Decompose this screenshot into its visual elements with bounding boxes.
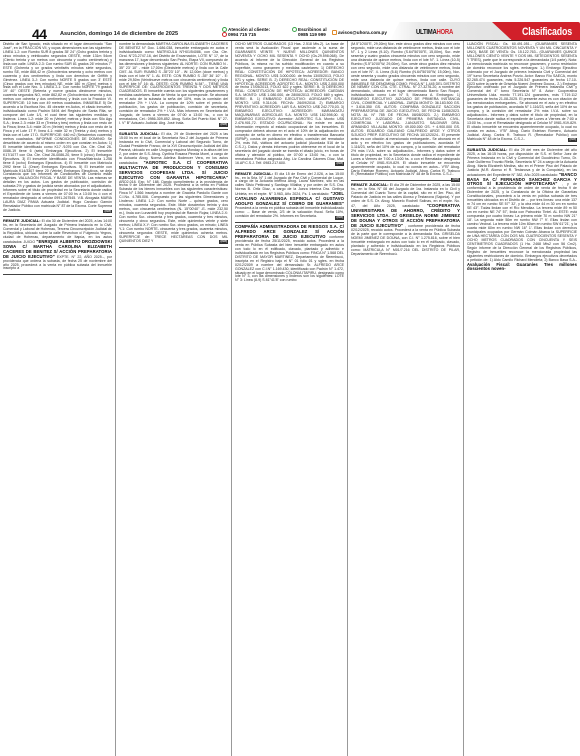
notice-code: (###) <box>335 162 344 166</box>
notice-code: (###) <box>451 178 460 182</box>
brand-banner: ULTIMAHORA Clasificados <box>372 22 580 40</box>
notice-body: El día 15 de Enero del 2.026, a las 15:0… <box>235 172 344 197</box>
contact-value: 0985 119 999 <box>298 32 326 37</box>
notice-body: LUACIÓN FISCAL: Gs. 60.491.051.- (GUARAN… <box>467 42 577 141</box>
legal-notice: REMATE JUDICIAL: El día 29 de Diciembre … <box>351 183 460 259</box>
notice-tail: AÑO2.018. Exp. N° 188. Dando cumplimient… <box>119 180 228 243</box>
legal-notice: (M.5°10'00"E, 29,00m) Nor- este cinco gr… <box>351 43 460 181</box>
notice-body: conforme providencia de fecha 25/11/2025… <box>235 235 344 282</box>
legal-notice: LUACIÓN FISCAL: Gs. 60.491.051.- (GUARAN… <box>467 43 577 146</box>
notice-code: (###) <box>219 240 228 244</box>
contact-value: 0994 715 715 <box>228 32 256 37</box>
phone-icon <box>222 32 227 37</box>
legal-notice: OCHO METROS CUADRADOS (13 Has. 2.518 Mts… <box>235 43 344 170</box>
classifieds-columns: Distrito de San Ignacio, está situado en… <box>0 40 580 756</box>
notice-body: nombre la demandada MARTHA CAROLINA ELIZ… <box>119 42 228 125</box>
notice-tail: , conforme providencia de fecha 02/12/20… <box>351 224 460 256</box>
masthead: 44 Asunción, domingo 14 de diciembre de … <box>0 0 580 40</box>
ultimahora-logo: ULTIMAHORA <box>416 29 453 36</box>
legal-notice: COMPAÑÍA ADMINISTRADORA DE RIESGOS S.A. … <box>235 225 344 286</box>
legal-notice: SUBASTA JUDICIAL: El día 29 del mes de D… <box>467 148 577 276</box>
whatsapp-icon <box>292 27 297 32</box>
legal-notice: nombre la demandada MARTHA CAROLINA ELIZ… <box>119 43 228 130</box>
valuation-closing: Avaluación Fiscal: Guaraníes Tres millon… <box>467 262 577 272</box>
notice-body: OCHO METROS CUADRADOS (13 Has. 2.518 Mts… <box>235 42 344 165</box>
publication-date: Asunción, domingo 14 de diciembre de 202… <box>60 31 178 37</box>
notice-code: (###) <box>335 216 344 220</box>
column-4: (M.5°10'00"E, 29,00m) Nor- este cinco gr… <box>348 41 464 756</box>
notice-code: (###) <box>103 210 112 214</box>
column-2: nombre la demandada MARTHA CAROLINA ELIZ… <box>116 41 232 756</box>
whatsapp-contact[interactable]: Escribinos al 0985 119 999 <box>292 27 327 37</box>
email-icon <box>332 30 337 35</box>
notice-code: (###) <box>219 123 228 127</box>
column-1: Distrito de San Ignacio, está situado en… <box>0 41 116 756</box>
case-title: COMPAÑÍA ADMINISTRADORA DE RIESGOS S.A. … <box>235 224 344 239</box>
column-5: LUACIÓN FISCAL: Gs. 60.491.051.- (GUARAN… <box>464 41 580 756</box>
column-3: OCHO METROS CUADRADOS (13 Has. 2.518 Mts… <box>232 41 348 756</box>
legal-notice: Distrito de San Ignacio, está situado en… <box>3 43 112 217</box>
customer-service-contact[interactable]: Atención al cliente: 0994 715 715 <box>222 27 270 37</box>
notice-tail: Procederá a la venta en pública subasta … <box>235 206 344 218</box>
notice-code: (###) <box>568 138 577 142</box>
notice-body: (M.5°10'00"E, 29,00m) Nor- este cinco gr… <box>351 42 460 176</box>
notice-tail: , y de conformidad a la providencia de o… <box>467 182 577 261</box>
legal-notice: REMATE JUDICIAL: El día 30 de Diciembre … <box>3 219 112 275</box>
section-title: Clasificados <box>522 26 572 38</box>
legal-notice: SUBASTA JUDICIAL: El día, 29 de Diciembr… <box>119 132 228 248</box>
notice-body: Distrito de San Ignacio, está situado en… <box>3 42 112 212</box>
legal-notice: REMATE JUDICIAL: El día 15 de Enero del … <box>235 172 344 223</box>
